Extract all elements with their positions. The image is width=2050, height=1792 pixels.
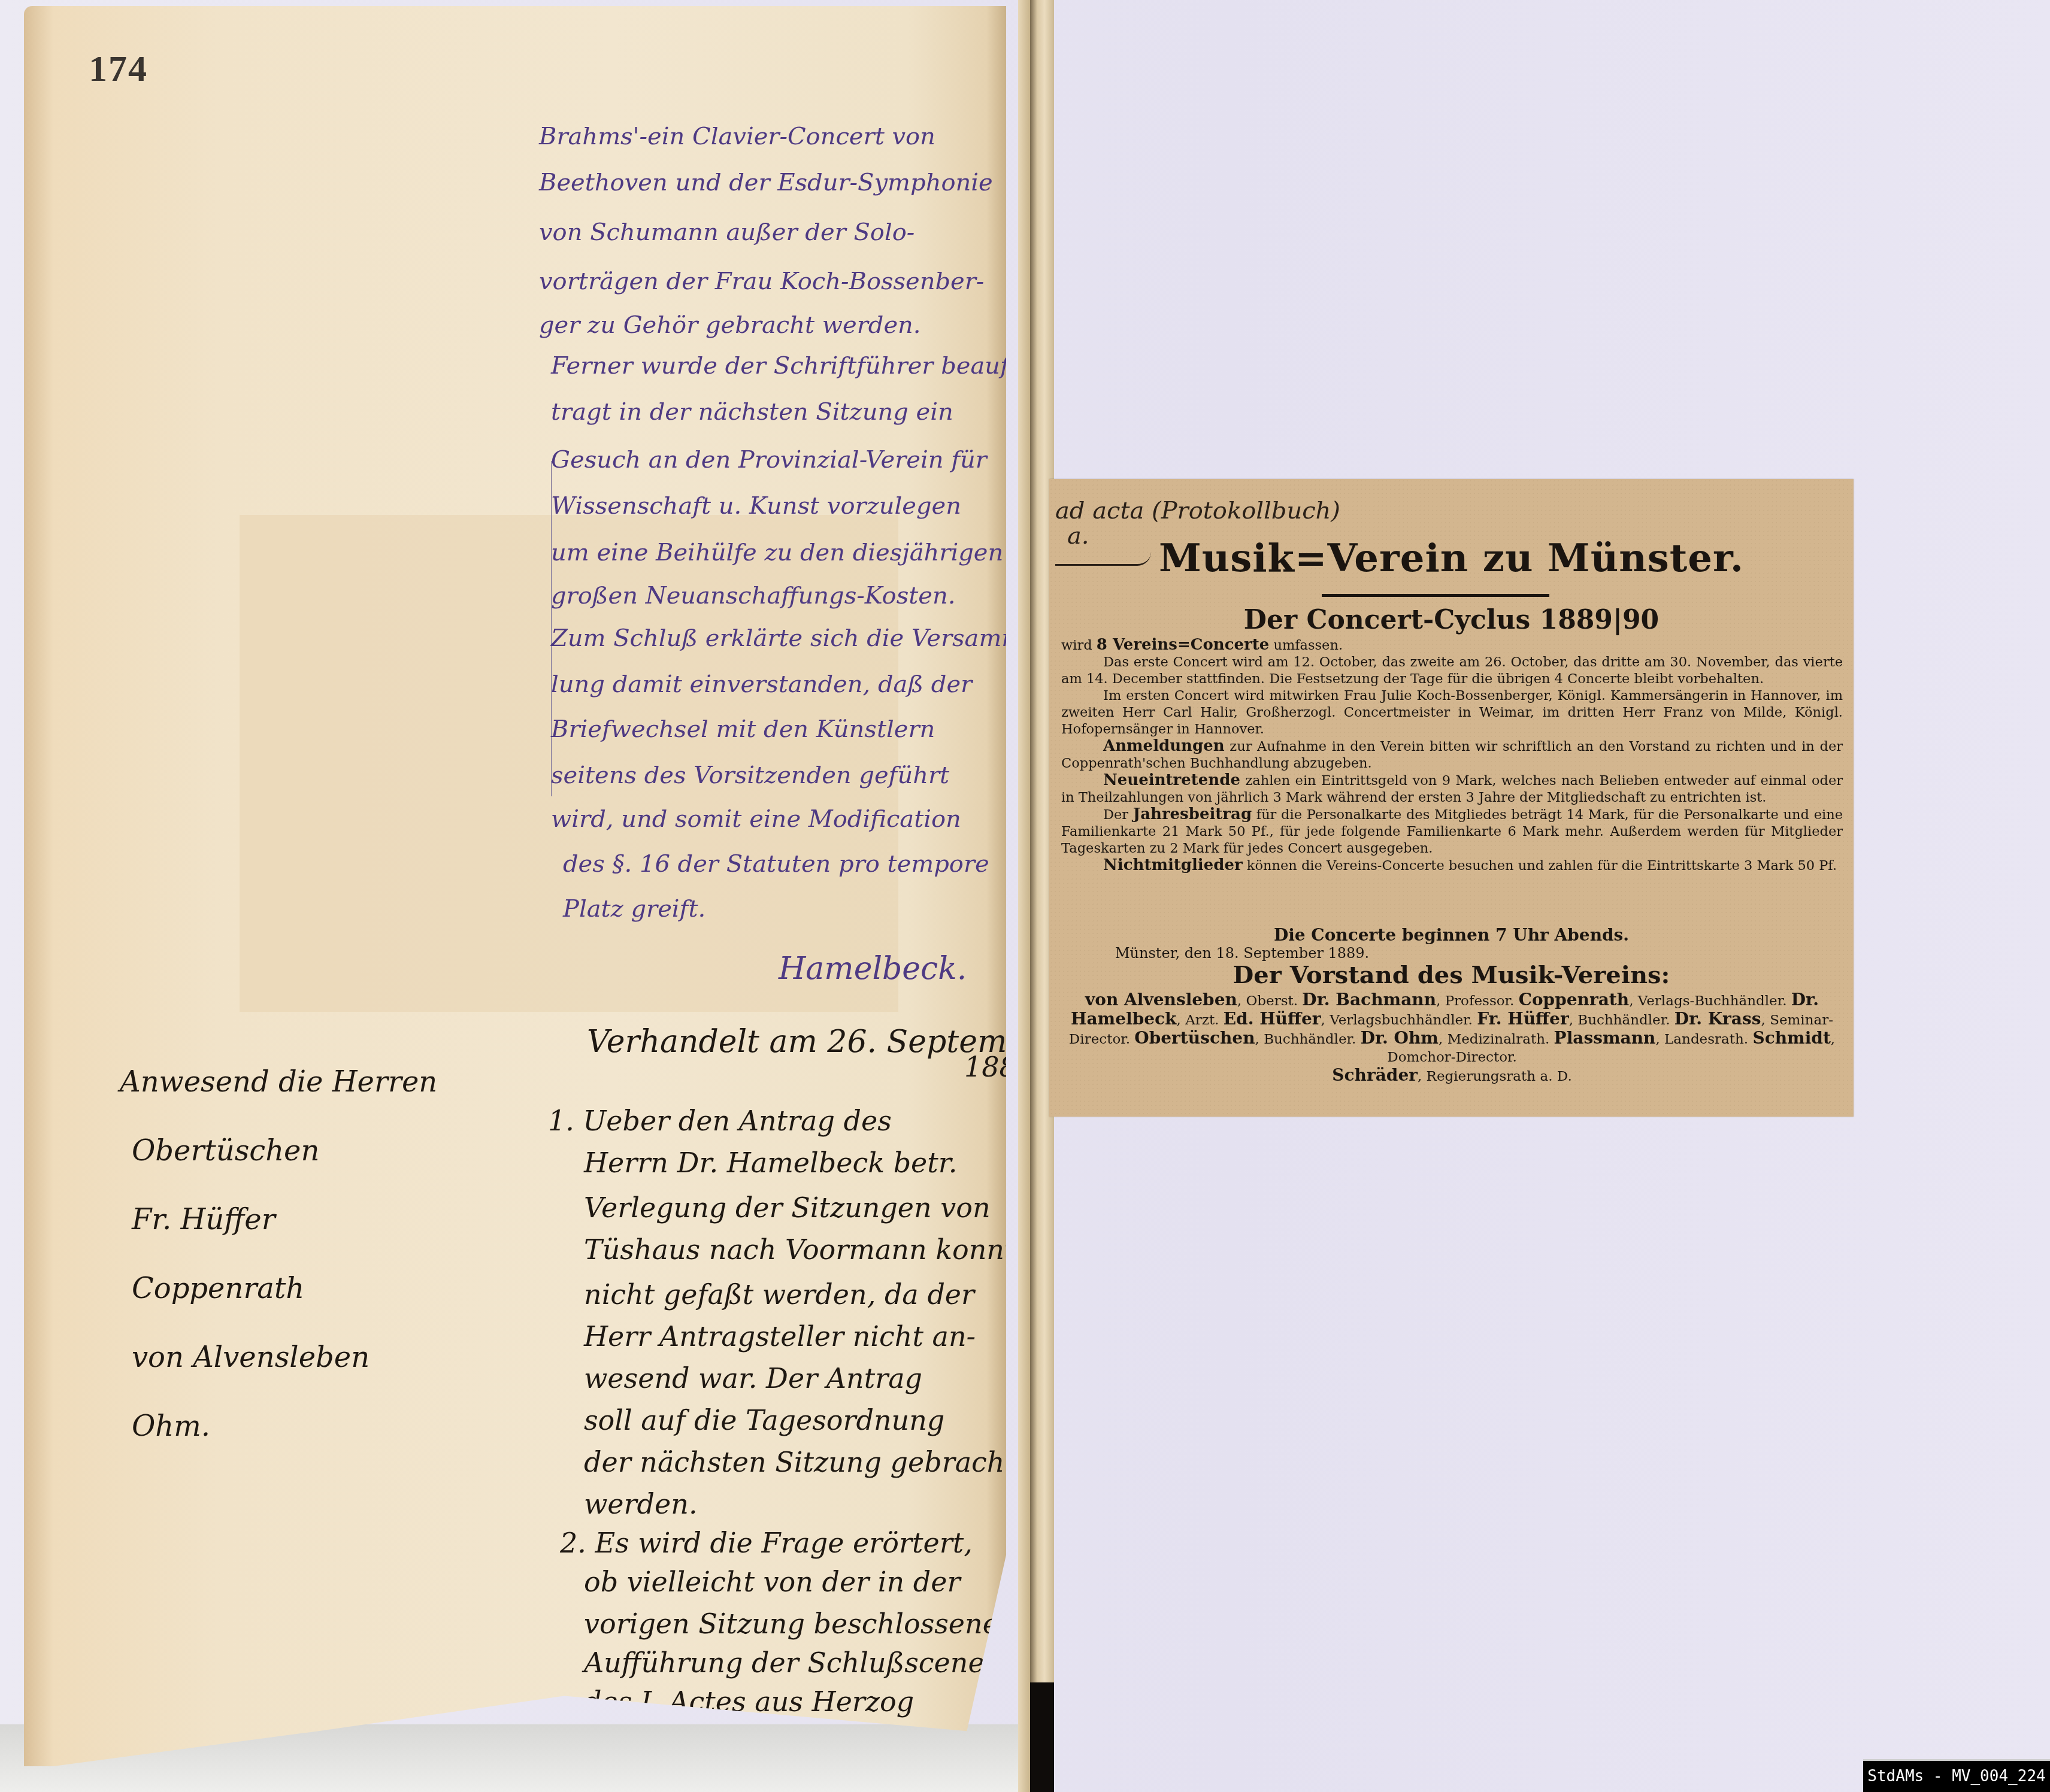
member-title: Regierungsrath a. D.	[1427, 1069, 1572, 1084]
member-title: Landesrath.	[1664, 1032, 1748, 1047]
archive-watermark: StdAMs - MV_004_224	[1863, 1759, 2050, 1792]
signature: Hamelbeck.	[779, 951, 967, 987]
text-line: lung damit einverstanden, daß der	[551, 671, 972, 698]
text-line: Gesuch an den Provinzial-Verein für	[551, 446, 987, 474]
member-title: Professor.	[1445, 993, 1515, 1009]
member-name: Coppenrath	[1519, 990, 1629, 1009]
paragraph-dates: Das erste Concert wird am 12. October, d…	[1061, 654, 1843, 687]
text-line: Beethoven und der Esdur-Symphonie	[539, 169, 993, 196]
text-line: großen Neuanschaffungs-Kosten.	[551, 582, 955, 610]
entry-item-line: Verlegung der Sitzungen von	[584, 1191, 991, 1224]
entry-item-line: soll auf die Tagesordnung	[584, 1404, 944, 1436]
member-title: Verlagsbuchhändler.	[1330, 1012, 1473, 1028]
entry-item-line: werden.	[584, 1488, 698, 1520]
paragraph-non-members: Nichtmitglieder können die Vereins-Conce…	[1061, 857, 1843, 874]
concert-cycle-heading: Der Concert-Cyclus 1889|90	[1049, 605, 1854, 635]
book-spine-shadow	[1030, 1682, 1054, 1792]
attendance-list: Anwesend die Herren Obertüschen Fr. Hüff…	[120, 1048, 437, 1461]
attendee-name: Fr. Hüffer	[120, 1185, 437, 1254]
text-line: wird, und somit eine Modification	[551, 805, 961, 833]
paragraph-registration: Anmeldungen zur Aufnahme in den Verein b…	[1061, 738, 1843, 772]
text-line: vorträgen der Frau Koch-Bossenber-	[539, 268, 984, 295]
paragraph-concert-count: wird 8 Vereins=Concerte umfassen.	[1061, 636, 1843, 654]
attendee-name: Coppenrath	[120, 1254, 437, 1323]
member-title: Buchhändler.	[1264, 1032, 1356, 1047]
member-name: Schmidt	[1752, 1028, 1830, 1048]
text-line: ger zu Gehör gebracht werden.	[539, 311, 921, 339]
ledger-page: 174 Brahms'-ein Clavier-Concert von Beet…	[24, 6, 1006, 1766]
entry-item-line: wesend war. Der Antrag	[584, 1362, 922, 1394]
clipping-title: Musik=Verein zu Münster.	[1049, 536, 1854, 581]
member-name: Dr. Bachmann	[1302, 990, 1436, 1009]
paragraph-annual-fee: Der Jahresbeitrag für die Personalkarte …	[1061, 806, 1843, 857]
member-name: Schräder	[1332, 1065, 1418, 1085]
member-title: Medizinalrath.	[1448, 1032, 1550, 1047]
text-line: Brahms'-ein Clavier-Concert von	[539, 123, 935, 150]
text-line: von Schumann außer der Solo-	[539, 219, 915, 246]
newspaper-clipping: ad acta (Protokollbuch) a. Musik=Verein …	[1049, 479, 1854, 1117]
entry-item-line: ob vielleicht von der in der	[584, 1566, 960, 1598]
attendee-name: Ohm.	[120, 1392, 437, 1461]
dateline: Münster, den 18. September 1889.	[1115, 945, 1369, 962]
text-line: des §. 16 der Statuten pro tempore	[563, 850, 989, 878]
member-name: Fr. Hüffer	[1477, 1009, 1568, 1029]
concert-start-time: Die Concerte beginnen 7 Uhr Abends.	[1049, 925, 1854, 945]
book-gutter-edge	[1018, 0, 1030, 1792]
text-line: Platz greift.	[563, 895, 705, 923]
member-name: Obertüschen	[1134, 1028, 1255, 1048]
text-line: tragt in der nächsten Sitzung ein	[551, 398, 953, 426]
member-title: Domchor-Director.	[1387, 1050, 1517, 1065]
entry-item-line: der nächsten Sitzung gebracht	[584, 1446, 1016, 1478]
member-name: Dr. Ohm	[1361, 1028, 1439, 1048]
text-line: Zum Schluß erklärte sich die Versamm-	[551, 624, 1032, 652]
title-underline	[1322, 594, 1549, 597]
attendance-heading: Anwesend die Herren	[120, 1048, 437, 1117]
entry-item-line: vorigen Sitzung beschlossenen	[584, 1608, 1017, 1640]
member-title: Oberst.	[1246, 993, 1298, 1009]
announcement-body: wird 8 Vereins=Concerte umfassen. Das er…	[1061, 636, 1843, 874]
member-name: Plassmann	[1554, 1028, 1656, 1048]
text-line: um eine Beihülfe zu den diesjährigen	[551, 539, 1003, 566]
member-title: Arzt.	[1185, 1012, 1219, 1028]
text-line: Wissenschaft u. Kunst vorzulegen	[551, 492, 961, 520]
page-number: 174	[89, 48, 148, 90]
attendee-name: von Alvensleben	[120, 1323, 437, 1392]
entry-item-line: Aufführung der Schlußscene	[584, 1647, 985, 1679]
entry-item-line: Herr Antragsteller nicht an-	[584, 1320, 976, 1353]
member-name: Ed. Hüffer	[1224, 1009, 1321, 1029]
member-title: Verlags-Buchhändler.	[1638, 993, 1787, 1009]
entry-item-line: Herrn Dr. Hamelbeck betr.	[584, 1147, 957, 1179]
member-title: Buchhändler.	[1577, 1012, 1670, 1028]
member-name: Dr. Krass	[1674, 1009, 1761, 1029]
text-line: seitens des Vorsitzenden geführt	[551, 762, 949, 789]
attendee-name: Obertüschen	[120, 1117, 437, 1185]
paragraph-new-members: Neueintretende zahlen ein Eintrittsgeld …	[1061, 772, 1843, 806]
entry-item-line: 1. Ueber den Antrag des	[548, 1105, 892, 1137]
text-line: Briefwechsel mit den Künstlern	[551, 715, 935, 743]
text-line: Ferner wurde der Schriftführer beauf-	[551, 352, 1016, 380]
paragraph-soloists: Im ersten Concert wird mitwirken Frau Ju…	[1061, 687, 1843, 738]
board-members: von Alvensleben, Oberst. Dr. Bachmann, P…	[1061, 991, 1843, 1085]
member-name: von Alvensleben	[1085, 990, 1237, 1009]
entry-item-line: 2. Es wird die Frage erörtert,	[560, 1527, 973, 1559]
entry-item-line: nicht gefaßt werden, da der	[584, 1278, 974, 1311]
board-heading: Der Vorstand des Musik-Vereins:	[1049, 961, 1854, 989]
handwritten-annotation: ad acta (Protokollbuch)	[1055, 497, 1340, 524]
